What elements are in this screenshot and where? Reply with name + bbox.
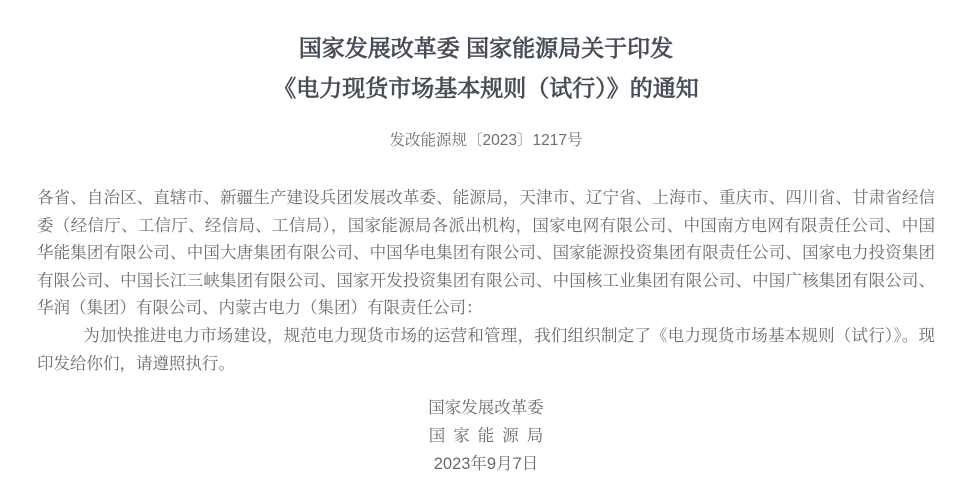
document-number: 发改能源规〔2023〕1217号 xyxy=(37,131,935,151)
signature-date: 2023年9月7日 xyxy=(37,451,935,479)
document-title-line2: 《电力现货市场基本规则（试行）》的通知 xyxy=(37,68,935,108)
notice-document-page: 国家发展改革委 国家能源局关于印发 《电力现货市场基本规则（试行）》的通知 发改… xyxy=(0,0,972,489)
body-paragraph: 为加快推进电力市场建设，规范电力现货市场的运营和管理，我们组织制定了《电力现货市… xyxy=(37,323,935,378)
document-title: 国家发展改革委 国家能源局关于印发 《电力现货市场基本规则（试行）》的通知 xyxy=(37,28,935,108)
issuer-ndrc: 国家发展改革委 xyxy=(37,395,935,423)
issuer-nea: 国家能源局 xyxy=(37,423,935,451)
document-body: 各省、自治区、直辖市、新疆生产建设兵团发展改革委、能源局，天津市、辽宁省、上海市… xyxy=(37,185,935,378)
document-title-line1: 国家发展改革委 国家能源局关于印发 xyxy=(37,28,935,68)
signature-block: 国家发展改革委 国家能源局 2023年9月7日 xyxy=(37,395,935,478)
recipients-paragraph: 各省、自治区、直辖市、新疆生产建设兵团发展改革委、能源局，天津市、辽宁省、上海市… xyxy=(37,185,935,323)
